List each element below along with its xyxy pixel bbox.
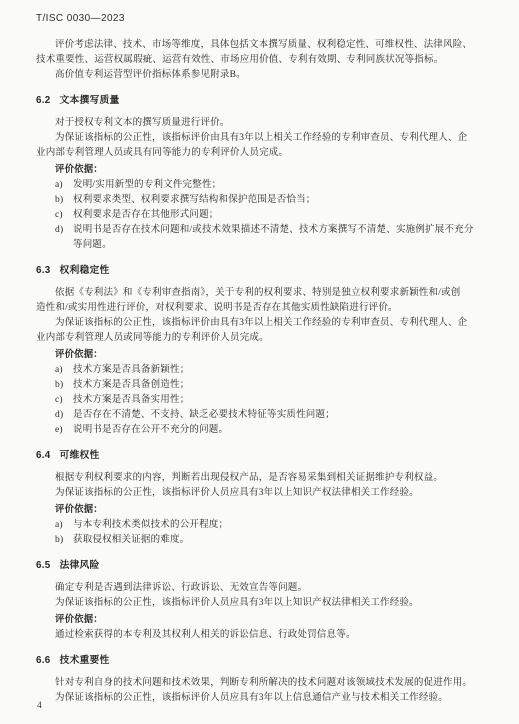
list-item: c)技术方案是否具备实用性； (36, 393, 486, 408)
list-item-text: 是否存在不清楚、不支持、缺乏必要技术特征等实质性问题； (73, 410, 335, 420)
section-title: 技术重要性 (60, 655, 110, 666)
section-heading: 6.3权利稳定性 (36, 263, 486, 278)
list-label-line: 评价依据： (36, 501, 486, 518)
list-item: b)获取侵权相关证据的难度。 (36, 533, 486, 548)
paragraph-line: 为保证该指标的公正性，该指标评价人员应具有3年以上知识产权法律相关工作经验。 (36, 596, 486, 611)
paragraph-line: 依据《专利法》和《专利审查指南》，关于专利的权利要求、特别是独立权利要求新颖性和… (36, 286, 486, 301)
list-label: 评价依据： (55, 163, 103, 174)
document-content: 评价考虑法律、技术、市场等维度，具体包括文本撰写质量、权利稳定性、可维权性、法律… (36, 38, 486, 706)
list-label-line: 评价依据： (36, 161, 486, 178)
paragraph-line: 评价考虑法律、技术、市场等维度，具体包括文本撰写质量、权利稳定性、可维权性、法律… (36, 38, 486, 53)
list-item-text: 技术方案是否具备实用性； (73, 395, 189, 405)
list-item: a)与本专利技术类似技术的公开程度； (36, 518, 486, 533)
list-label-line: 评价依据： (36, 346, 486, 363)
section-heading: 6.2文本撰写质量 (36, 93, 486, 108)
list-item-text: 说明书是否存在技术问题和/或技术效果描述不清楚、技术方案撰写不清楚、实施例扩展不… (73, 225, 474, 235)
section-title: 法律风险 (60, 560, 100, 571)
section-number: 6.5 (36, 560, 51, 571)
list-item-continuation: 等问题。 (36, 238, 486, 253)
section-title: 可维权性 (60, 450, 100, 461)
section-number: 6.4 (36, 450, 51, 461)
section-heading: 6.4可维权性 (36, 448, 486, 463)
list-label-line: 评价依据： (36, 611, 486, 628)
list-item-marker: d) (55, 408, 73, 423)
list-item-text: 技术方案是否具备创造性； (73, 380, 189, 390)
list-item-marker: a) (55, 363, 73, 378)
list-item-text: 技术方案是否具备新颖性； (73, 365, 189, 375)
list-item-text: 说明书是否存在公开不充分的问题。 (73, 425, 228, 435)
section-number: 6.3 (36, 265, 51, 276)
list-item: a)技术方案是否具备新颖性； (36, 363, 486, 378)
paragraph-line: 确定专利是否遇到法律诉讼、行政诉讼、无效宣告等问题。 (36, 581, 486, 596)
list-item-marker: c) (55, 393, 73, 408)
running-header: T/ISC 0030—2023 (36, 13, 125, 24)
paragraph-line: 业内部专利管理人员或同等能力的专利评价人员完成。 (36, 331, 486, 346)
paragraph-line: 通过检索获得的本专利及其权利人相关的诉讼信息、行政处罚信息等。 (36, 628, 486, 643)
list-item-text: 发明/实用新型的专利文件完整性； (73, 180, 221, 190)
section-number: 6.2 (36, 95, 51, 106)
list-item-marker: a) (55, 518, 73, 533)
list-item: b)技术方案是否具备创造性； (36, 378, 486, 393)
paragraph-line: 根据专利权利要求的内容，判断若出现侵权产品，是否容易采集到相关证据维护专利权益。 (36, 471, 486, 486)
paragraph-line: 高价值专利运营型评价指标体系参见附录B。 (36, 68, 486, 83)
document-page: T/ISC 0030—2023 评价考虑法律、技术、市场等维度，具体包括文本撰写… (0, 0, 519, 724)
list-item: d)是否存在不清楚、不支持、缺乏必要技术特征等实质性问题； (36, 408, 486, 423)
list-item: c)权利要求是否存在其他形式问题； (36, 208, 486, 223)
list-item-marker: b) (55, 533, 73, 548)
section-title: 权利稳定性 (60, 265, 110, 276)
list-item: d)说明书是否存在技术问题和/或技术效果描述不清楚、技术方案撰写不清楚、实施例扩… (36, 223, 486, 238)
paragraph-line: 针对专利自身的技术问题和技术效果，判断专利所解决的技术问题对该领域技术发展的促进… (36, 676, 486, 691)
list-label: 评价依据： (55, 348, 103, 359)
paragraph-line: 为保证该指标的公正性，该指标评价人员应具有3年以上知识产权法律相关工作经验。 (36, 486, 486, 501)
section-title: 文本撰写质量 (60, 95, 120, 106)
paragraph-line: 为保证该指标的公正性，该指标评价由具有3年以上相关工作经验的专利审查员、专利代理… (36, 316, 486, 331)
paragraph-line: 业内部专利管理人员或具有同等能力的专利评价人员完成。 (36, 146, 486, 161)
list-item: b)权利要求类型、权利要求撰写结构和保护范围是否恰当； (36, 193, 486, 208)
paragraph-line: 对于授权专利文本的撰写质量进行评价。 (36, 116, 486, 131)
list-item-marker: b) (55, 378, 73, 393)
list-item-marker: a) (55, 178, 73, 193)
section-heading: 6.6技术重要性 (36, 653, 486, 668)
list-item-marker: d) (55, 223, 73, 238)
section-number: 6.6 (36, 655, 51, 666)
list-label: 评价依据： (55, 613, 103, 624)
list-item-marker: c) (55, 208, 73, 223)
list-item: a)发明/实用新型的专利文件完整性； (36, 178, 486, 193)
paragraph-line: 为保证该指标的公正性，该指标评价人员应具有3年以上信息通信产业与技术相关工作经验… (36, 691, 486, 706)
list-label: 评价依据： (55, 503, 103, 514)
list-item-text: 获取侵权相关证据的难度。 (73, 535, 189, 545)
paragraph-line: 技术重要性、运营权属瑕疵、运营有效性、市场应用价值、专利有效期、专利同族状况等指… (36, 53, 486, 68)
list-item-marker: e) (55, 423, 73, 438)
list-item-text: 权利要求类型、权利要求撰写结构和保护范围是否恰当； (73, 195, 316, 205)
list-item-text: 权利要求是否存在其他形式问题； (73, 210, 219, 220)
page-number: 4 (37, 701, 42, 711)
list-item-marker: b) (55, 193, 73, 208)
paragraph-line: 造性和/或实用性进行评价，对权利要求、说明书是否存在其他实质性缺陷进行评价。 (36, 301, 486, 316)
section-heading: 6.5法律风险 (36, 558, 486, 573)
paragraph-line: 为保证该指标的公正性，该指标评价由具有3年以上相关工作经验的专利审查员、专利代理… (36, 131, 486, 146)
list-item-text: 与本专利技术类似技术的公开程度； (73, 520, 228, 530)
list-item: e)说明书是否存在公开不充分的问题。 (36, 423, 486, 438)
